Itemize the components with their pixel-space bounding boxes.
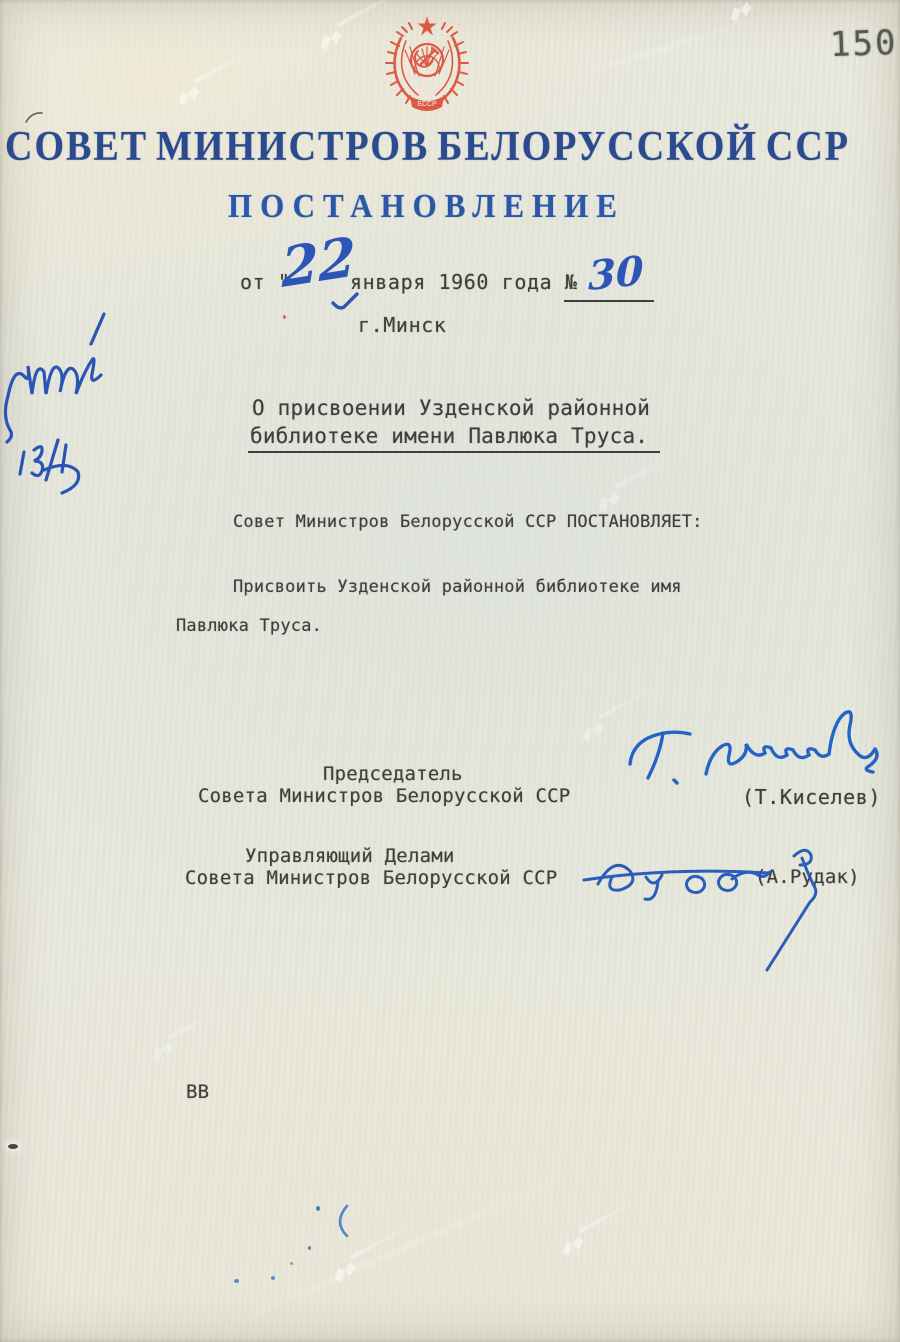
archive-watermark xyxy=(173,83,204,111)
typist-initials: ВВ xyxy=(186,1081,209,1103)
rudak-ink-signature xyxy=(562,843,842,981)
ink-speck xyxy=(316,1206,320,1211)
ink-tick-mark xyxy=(331,291,359,313)
margin-note-date-scribble xyxy=(0,302,130,507)
handwritten-day: 22 xyxy=(281,224,356,300)
document-type-title: ПОСТАНОВЛЕНИЕ xyxy=(228,187,625,226)
place-line: г.Минск xyxy=(358,313,447,337)
print-hairline-flaw xyxy=(24,110,44,124)
signatory2-title-line1: Управляющий Делами xyxy=(245,845,455,867)
body-paragraph-line-1: Присвоить Узденской районной библиотеке … xyxy=(233,577,682,597)
emblem-ribbon-label: БССР xyxy=(417,101,437,108)
watermark-streak xyxy=(350,1222,415,1259)
book-icon xyxy=(173,83,204,111)
handwritten-number: 30 xyxy=(588,247,643,300)
number-underline xyxy=(564,300,654,302)
body-paragraph-line-2: Павлюка Труса. xyxy=(176,616,322,636)
signatory1-title-line1: Председатель xyxy=(323,763,463,785)
paper-speck xyxy=(290,1262,293,1265)
stray-ink-curve xyxy=(332,1202,358,1242)
paper-crease xyxy=(208,1159,602,1337)
archive-watermark xyxy=(147,1039,178,1067)
org-word: ССР xyxy=(766,122,850,171)
archive-watermark xyxy=(577,719,608,747)
book-icon xyxy=(315,27,346,55)
watermark-streak xyxy=(578,1196,643,1233)
page-number-stamp: 150 xyxy=(829,23,898,65)
book-icon xyxy=(577,719,608,747)
watermark-streak xyxy=(168,1002,233,1039)
document-scan: 150 БССР xyxy=(0,0,900,1342)
bssr-emblem: БССР xyxy=(385,16,469,112)
archive-watermark xyxy=(315,27,346,55)
org-word: МИНИСТРОВ xyxy=(156,122,429,171)
red-speck xyxy=(283,315,286,319)
watermark-streak xyxy=(194,46,259,83)
signatory1-title-line2: Совета Министров Белорусской ССР xyxy=(198,785,570,807)
letterhead-org-name: СОВЕТ МИНИСТРОВ БЕЛОРУССКОЙ ССР xyxy=(5,122,850,171)
paper-crease xyxy=(550,14,771,84)
ink-speck xyxy=(308,1246,311,1250)
date-middle: января 1960 года № xyxy=(350,270,578,294)
resolution-clause: Совет Министров Белорусской ССР ПОСТАНОВ… xyxy=(233,512,703,532)
signatory2-title-line2: Совета Министров Белорусской ССР xyxy=(185,867,557,889)
book-icon xyxy=(147,1039,178,1067)
subject-line-1: О присвоении Узденской районной xyxy=(252,396,650,420)
book-icon xyxy=(557,1233,588,1261)
org-word: СОВЕТ xyxy=(5,122,148,171)
watermark-streak xyxy=(614,452,679,489)
ink-speck xyxy=(234,1279,239,1283)
archive-watermark xyxy=(557,1233,588,1261)
subject-line-2: библиотеке имени Павлюка Труса. xyxy=(248,424,660,453)
org-word: БЕЛОРУССКОЙ xyxy=(437,122,758,171)
ink-speck xyxy=(271,1276,275,1280)
kiselev-ink-signature xyxy=(622,702,890,806)
paper-flaw xyxy=(8,1144,18,1149)
